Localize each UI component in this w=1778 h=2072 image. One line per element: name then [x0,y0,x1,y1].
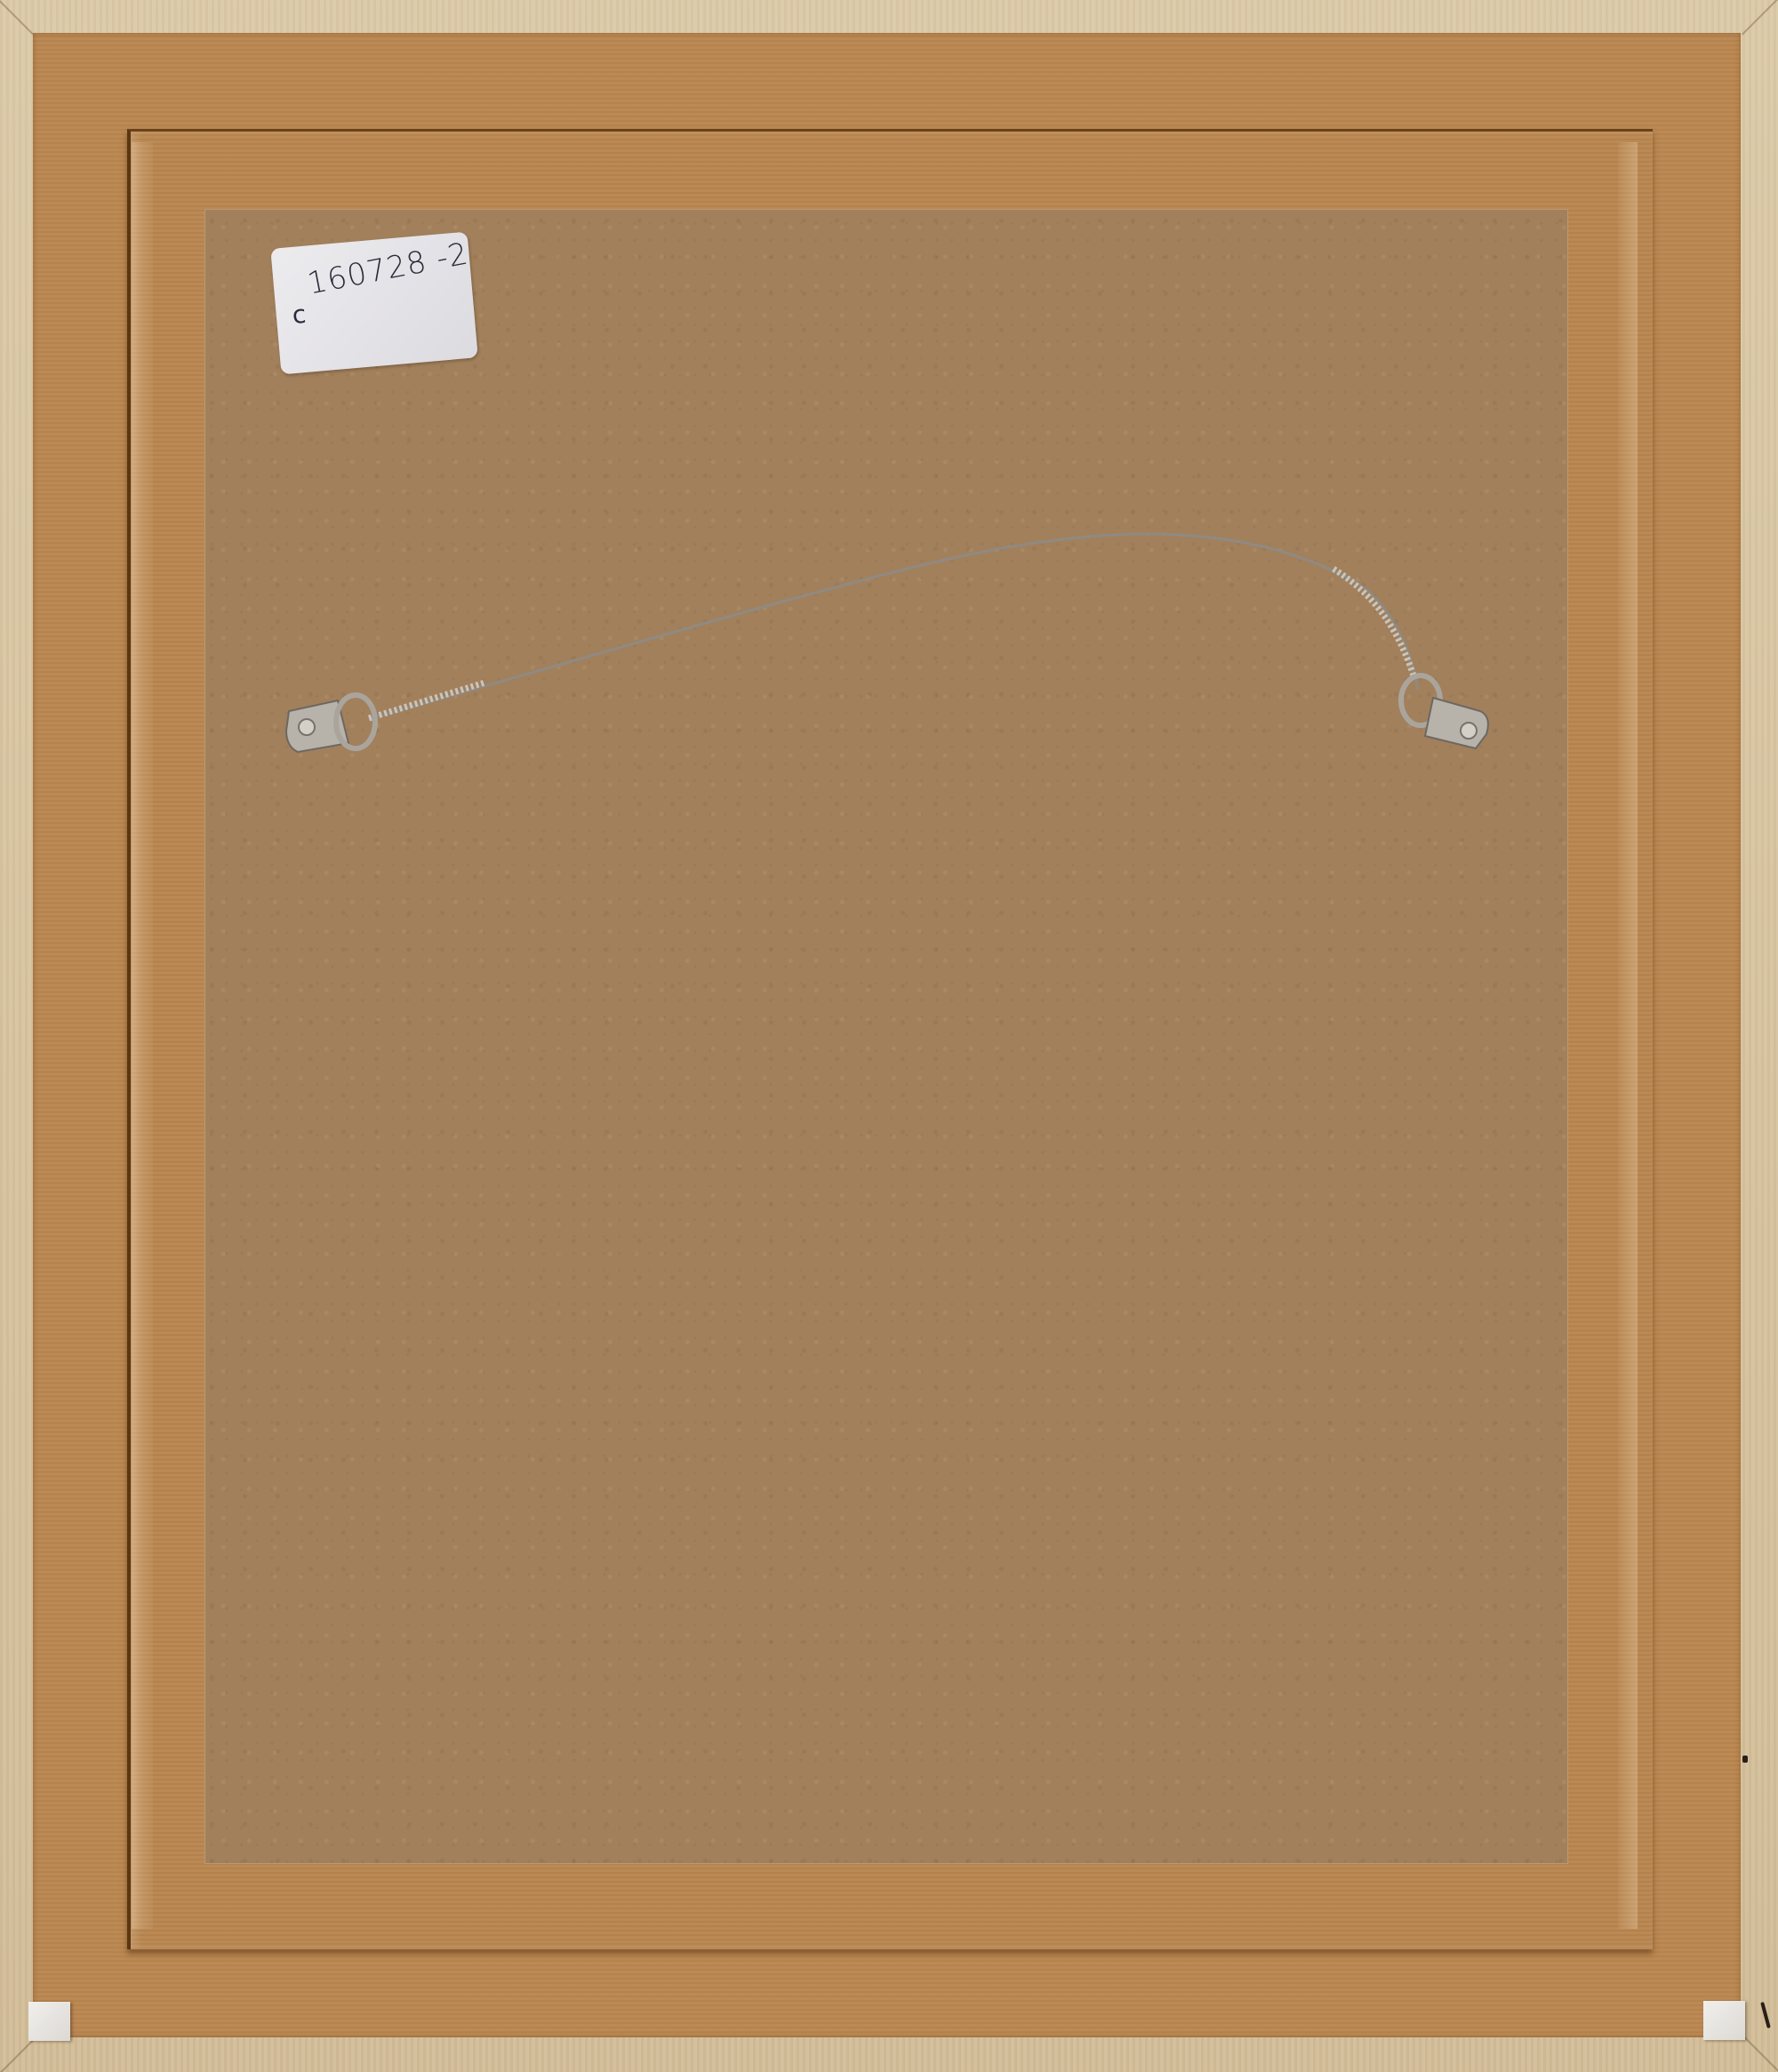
corner-bumper-bottom-right [1703,2001,1745,2040]
label-number: 160728 -2 [305,236,472,301]
inventory-label: 160728 -2 c [270,232,478,375]
wood-mark [1742,1756,1748,1763]
hardboard-backing [204,209,1568,1864]
tape-gloss-left [132,142,153,1929]
label-code: c [291,300,307,330]
corner-bumper-bottom-left [28,2002,70,2041]
tape-gloss-right [1618,142,1638,1929]
